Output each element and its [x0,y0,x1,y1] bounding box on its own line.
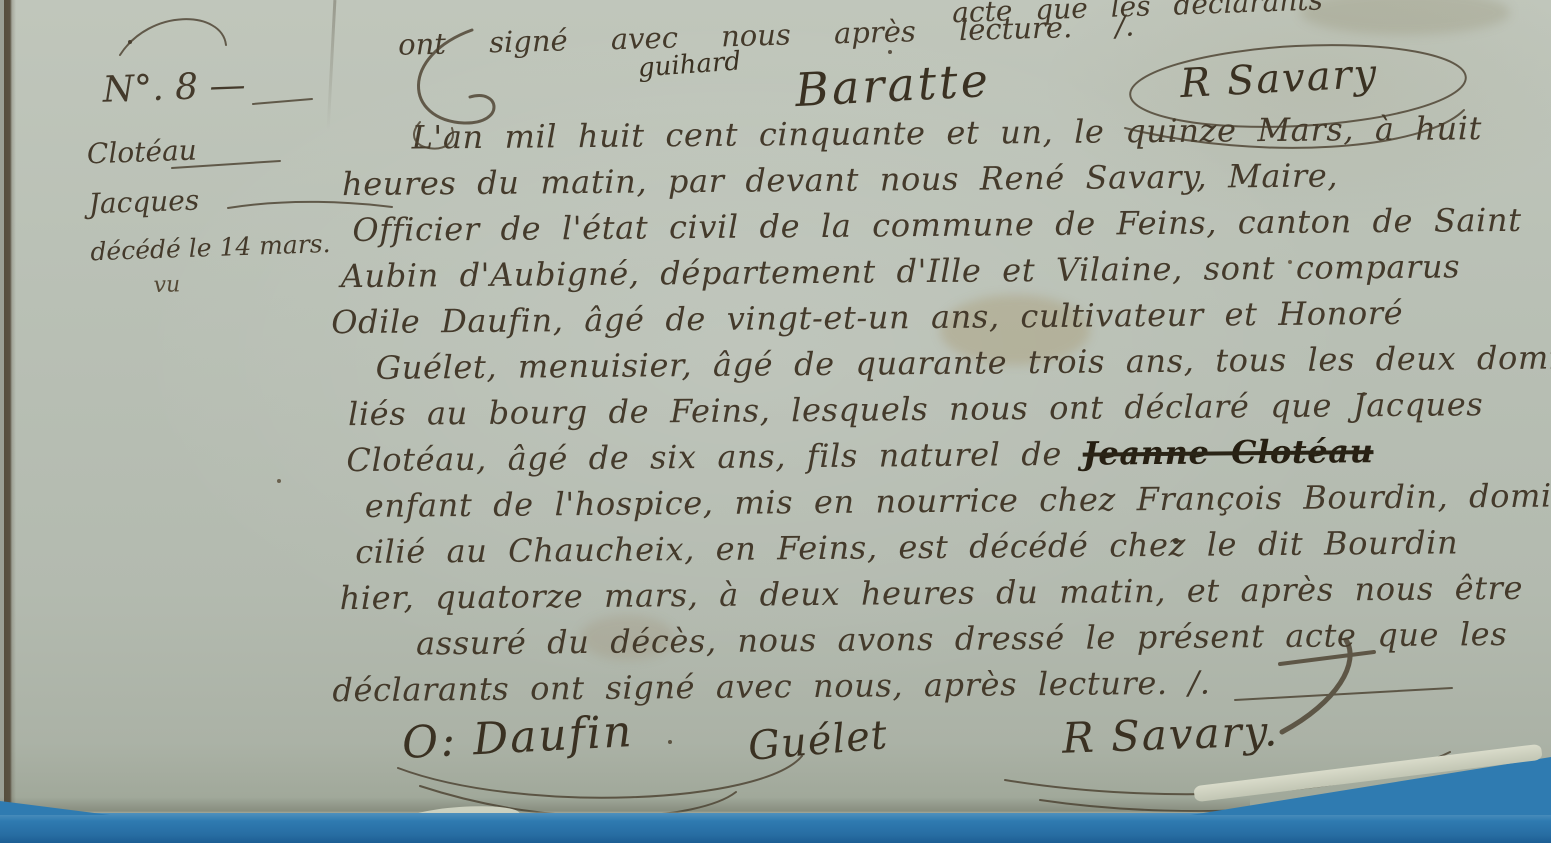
deceased-surname: Clotéau [86,121,338,180]
act-line-12: assuré du décès, nous avons dressé le pr… [416,611,1528,667]
signature-savary-bottom: R Savary. [1061,706,1280,763]
death-record-scan: acte que les déclarants ont signé avec n… [0,0,1551,843]
signature-daufin: O: Daufin [401,706,635,769]
margin-annotation: N°. 8 — Clotéau Jacques décédé le 14 mar… [84,62,342,301]
ink-specks [128,40,132,44]
act-line-13: déclarants ont signé avec nous, après le… [332,657,1528,713]
act-line-8-text: Clotéau, âgé de six ans, fils naturel de [346,435,1083,479]
desk-background [0,813,1551,843]
margin-flourish [120,19,226,55]
page-binding-edge [0,0,16,843]
signature-guelet: Guélet [746,712,889,770]
signature-baratte: Baratte [794,53,992,117]
act-line-1: L'an mil huit cent cinquante et un, le q… [411,105,1523,161]
record-number: N°. 8 — [102,62,335,111]
signature-savary-top: R Savary [1179,51,1379,107]
struck-mother-name: Jeanne Clotéau [1083,432,1374,473]
signature-guihard: guihard [637,46,742,83]
previous-act-fragment-signature-line: ont signé avec nous après lecture. /. [398,4,1299,62]
death-date-note: décédé le 14 mars. [90,221,341,276]
act-body: L'an mil huit cent cinquante et un, le q… [333,105,1528,713]
deceased-given-name: Jacques [88,171,340,230]
